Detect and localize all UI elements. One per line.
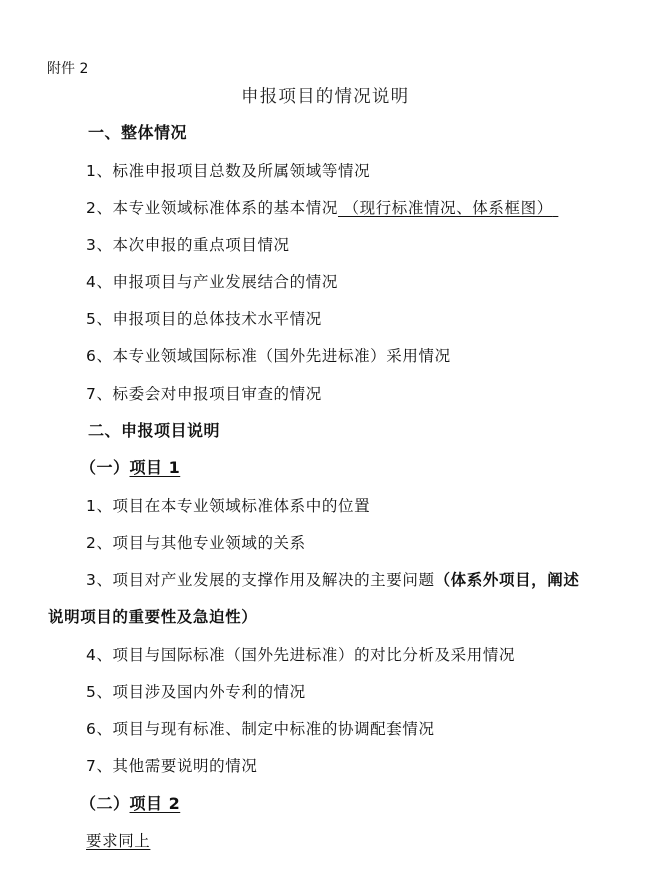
section-1-item-6: 6、本专业领域国际标准（国外先进标准）采用情况: [86, 346, 451, 366]
annex-label: 附件 2: [47, 59, 88, 79]
document-title: 申报项目的情况说明: [241, 87, 409, 107]
project-1-item-6: 6、项目与现有标准、制定中标准的协调配套情况: [86, 719, 435, 739]
project-1-item-3: 3、项目对产业发展的支撑作用及解决的主要问题（体系外项目，阐述: [86, 570, 579, 590]
project-1-prefix: （一）: [80, 458, 130, 477]
project-2-label: 项目 2: [130, 794, 181, 813]
project-2-note: 要求同上: [86, 831, 150, 851]
section-1-heading: 一、整体情况: [88, 123, 187, 143]
section-1-item-2: 2、本专业领域标准体系的基本情况 （现行标准情况、体系框图）: [86, 198, 558, 218]
project-1-item-2: 2、项目与其他专业领域的关系: [86, 533, 306, 553]
project-1-item-4: 4、项目与国际标准（国外先进标准）的对比分析及采用情况: [86, 645, 515, 665]
section-1-item-3: 3、本次申报的重点项目情况: [86, 235, 290, 255]
project-1-item-5: 5、项目涉及国内外专利的情况: [86, 682, 306, 702]
section-1-item-7: 7、标委会对申报项目审查的情况: [86, 384, 322, 404]
project-2-heading: （二）项目 2: [80, 794, 180, 814]
section-2-heading: 二、申报项目说明: [88, 421, 220, 441]
section-1-item-1: 1、标准申报项目总数及所属领域等情况: [86, 161, 370, 181]
project-1-item-1: 1、项目在本专业领域标准体系中的位置: [86, 496, 370, 516]
project-1-item-3-bold-note: （体系外项目，阐述: [435, 571, 580, 589]
project-1-item-3-bold-note-continued: 说明项目的重要性及急迫性）: [48, 607, 257, 627]
project-2-prefix: （二）: [80, 794, 130, 813]
section-1-item-4: 4、申报项目与产业发展结合的情况: [86, 272, 338, 292]
project-1-heading: （一）项目 1: [80, 458, 180, 478]
section-1-item-2-text: 2、本专业领域标准体系的基本情况: [86, 199, 338, 217]
project-1-label: 项目 1: [130, 458, 181, 477]
section-1-item-5: 5、申报项目的总体技术水平情况: [86, 309, 322, 329]
project-1-item-7: 7、其他需要说明的情况: [86, 756, 257, 776]
project-1-item-3-text: 3、项目对产业发展的支撑作用及解决的主要问题: [86, 571, 435, 589]
section-1-item-2-underlined-note: （现行标准情况、体系框图）: [338, 199, 558, 217]
